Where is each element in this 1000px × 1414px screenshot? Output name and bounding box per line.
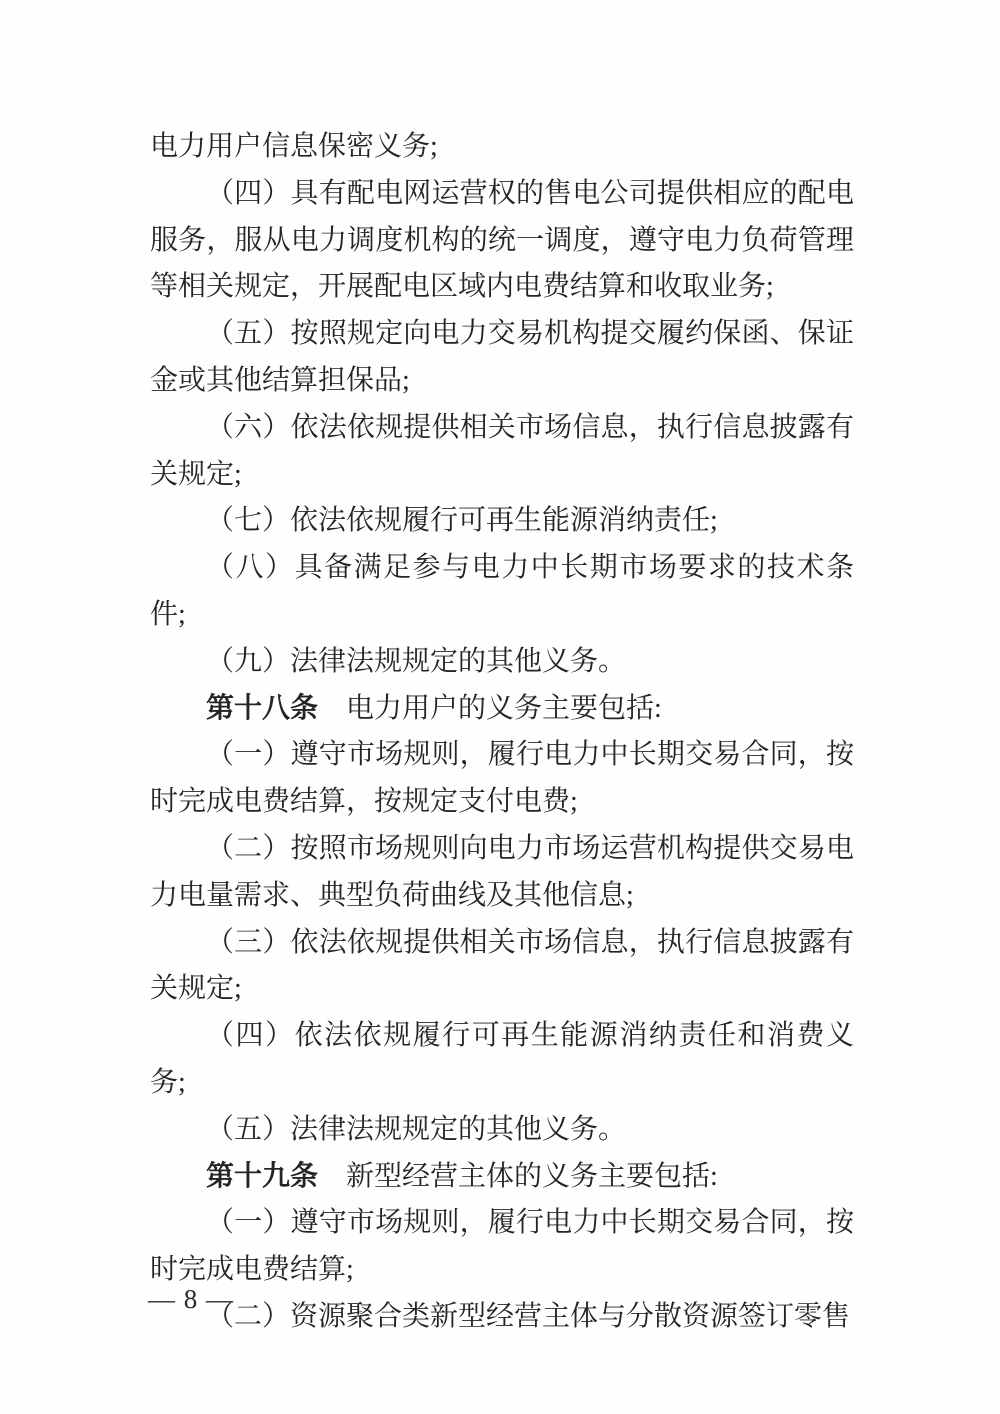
paragraph-item-4: （四）具有配电网运营权的售电公司提供相应的配电服务，服从电力调度机构的统一调度，… [150,171,854,311]
paragraph-item-2: （二）按照市场规则向电力市场运营机构提供交易电力电量需求、典型负荷曲线及其他信息… [150,826,854,920]
article-18-number: 第十八条 [206,693,318,724]
article-19-title: 新型经营主体的义务主要包括: [318,1161,718,1192]
paragraph-item-2b: （二）资源聚合类新型经营主体与分散资源签订零售 [150,1294,854,1341]
document-page: 电力用户信息保密义务; （四）具有配电网运营权的售电公司提供相应的配电服务，服从… [0,0,1000,1414]
article-19-number: 第十九条 [206,1161,318,1192]
article-18-title: 电力用户的义务主要包括: [318,693,662,724]
page-number: — 8 — [148,1283,234,1315]
article-19-heading-paragraph: 第十九条 新型经营主体的义务主要包括: [150,1154,854,1201]
paragraph-item-8: （八）具备满足参与电力中长期市场要求的技术条件; [150,545,854,639]
paragraph-item-4b: （四）依法依规履行可再生能源消纳责任和消费义务; [150,1013,854,1107]
paragraph-item-1b: （一）遵守市场规则，履行电力中长期交易合同，按时完成电费结算; [150,1200,854,1294]
paragraph-item-3: （三）依法依规提供相关市场信息，执行信息披露有关规定; [150,920,854,1014]
document-body: 电力用户信息保密义务; （四）具有配电网运营权的售电公司提供相应的配电服务，服从… [150,124,854,1341]
paragraph-continuation: 电力用户信息保密义务; [150,124,854,171]
paragraph-item-6: （六）依法依规提供相关市场信息，执行信息披露有关规定; [150,405,854,499]
paragraph-item-9: （九）法律法规规定的其他义务。 [150,639,854,686]
paragraph-item-1: （一）遵守市场规则，履行电力中长期交易合同，按时完成电费结算，按规定支付电费; [150,732,854,826]
article-18-heading-paragraph: 第十八条 电力用户的义务主要包括: [150,686,854,733]
paragraph-item-7: （七）依法依规履行可再生能源消纳责任; [150,498,854,545]
paragraph-item-5b: （五）法律法规规定的其他义务。 [150,1107,854,1154]
paragraph-item-5: （五）按照规定向电力交易机构提交履约保函、保证金或其他结算担保品; [150,311,854,405]
